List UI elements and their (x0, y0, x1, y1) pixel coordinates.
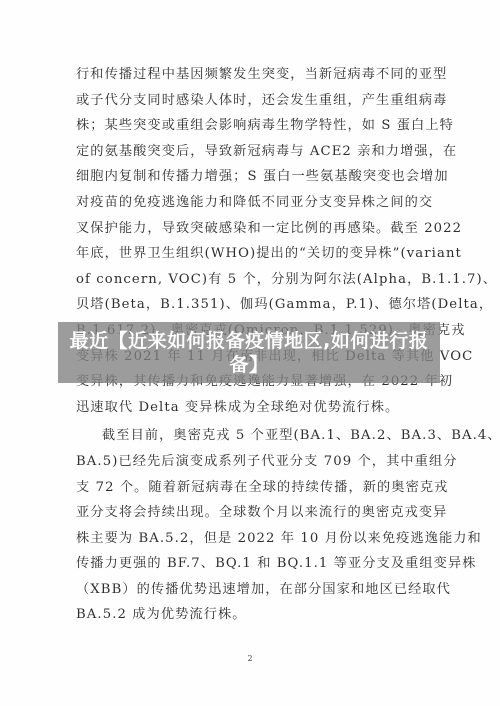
text-line: 对疫苗的免疫逃逸能力和降低不同亚分支变异株之间的交 (76, 190, 428, 216)
text-line: 或子代分支同时感染人体时，还会发生重组，产生重组病毒 (76, 88, 428, 114)
text-line: 支 72 个。随着新冠病毒在全球的持续传播，新的奥密克戎 (76, 475, 428, 501)
text-line: 年底，世界卫生组织(WHO)提出的“关切的变异株”(variant (76, 241, 428, 267)
title-overlay-banner: 最近【近来如何报备疫情地区,如何进行报备】 (58, 322, 440, 383)
text-line: 亚分支将会持续出现。全球数个月以来流行的奥密克戎变异 (76, 500, 428, 526)
text-line: of concern, VOC)有 5 个，分别为阿尔法(Alpha，B.1.1… (76, 267, 428, 293)
text-line: 传播力更强的 BF.7、BQ.1 和 BQ.1.1 等亚分支及重组变异株 (76, 551, 428, 577)
text-line: BA.5.2 成为优势流行株。 (76, 602, 428, 628)
text-line: 贝塔(Beta，B.1.351)、伽玛(Gamma，P.1)、德尔塔(Delta… (76, 292, 428, 318)
paragraph-first-line: 截至目前，奥密克戎 5 个亚型(BA.1、BA.2、BA.3、BA.4、 (76, 423, 428, 449)
text-line: 株；某些突变或重组会影响病毒生物学特性，如 S 蛋白上特 (76, 113, 428, 139)
text-line: 定的氨基酸突变后，导致新冠病毒与 ACE2 亲和力增强，在 (76, 139, 428, 165)
text-line: 迅速取代 Delta 变异株成为全球绝对优势流行株。 (76, 395, 428, 421)
page-number: 2 (0, 654, 500, 663)
text-line: 叉保护能力，导致突破感染和一定比例的再感染。截至 2022 (76, 216, 428, 242)
text-line: 株主要为 BA.5.2，但是 2022 年 10 月份以来免疫逃逸能力和 (76, 526, 428, 552)
text-line: BA.5)已经先后演变成系列子代亚分支 709 个，其中重组分 (76, 449, 428, 475)
text-line: 行和传播过程中基因频繁发生突变，当新冠病毒不同的亚型 (76, 62, 428, 88)
overlay-title: 最近【近来如何报备疫情地区,如何进行报备】 (69, 329, 429, 377)
text-line: （XBB）的传播优势迅速增加，在部分国家和地区已经取代 (76, 577, 428, 603)
text-line: 细胞内复制和传播力增强；S 蛋白一些氨基酸突变也会增加 (76, 164, 428, 190)
